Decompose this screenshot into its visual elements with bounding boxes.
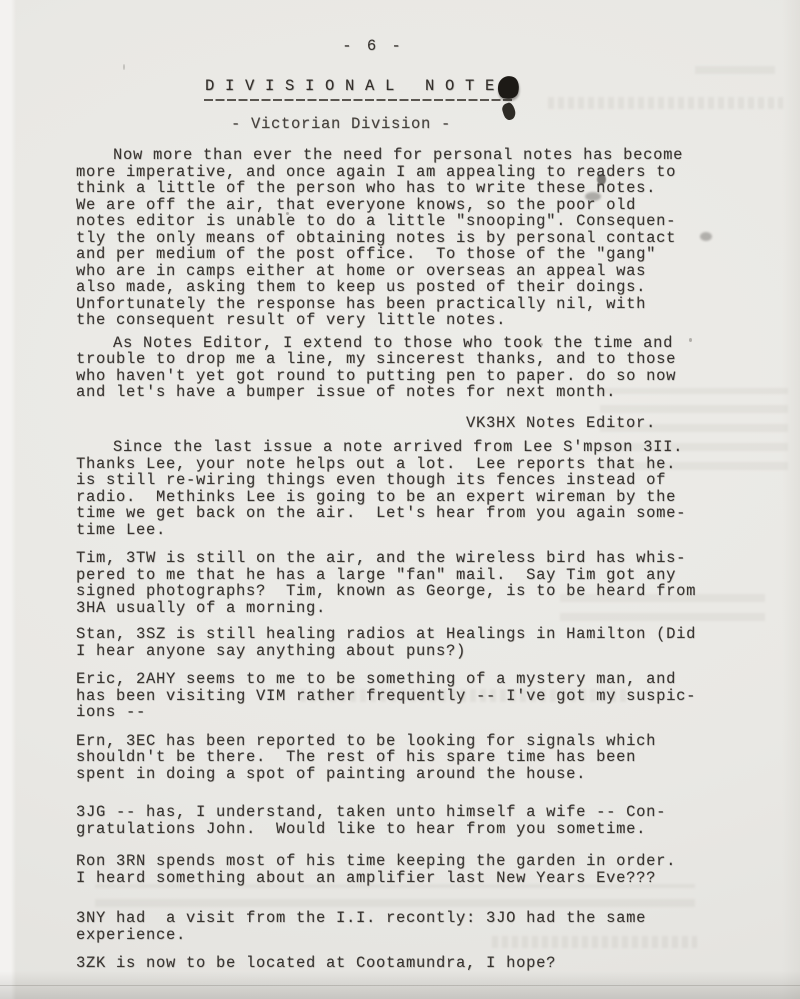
paragraph-3jg: 3JG -- has, I understand, taken unto him… xyxy=(76,804,732,837)
paragraph-stan: Stan, 3SZ is still healing radios at Hea… xyxy=(76,626,732,659)
paragraph-intro: Now more than ever the need for personal… xyxy=(76,147,732,329)
page-bottom-shadow xyxy=(0,971,800,999)
paragraph-eric: Eric, 2AHY seems to me to be something o… xyxy=(76,671,732,721)
body-text: Now more than ever the need for personal… xyxy=(76,147,732,972)
page-title: D I V I S I O N A L N O T E S xyxy=(205,78,515,95)
page-number: - 6 - xyxy=(318,38,428,55)
paragraph-3ny: 3NY had a visit from the I.I. recontly: … xyxy=(76,910,732,943)
page-subtitle: - Victorian Division - xyxy=(231,116,451,133)
paragraph-ron: Ron 3RN spends most of his time keeping … xyxy=(76,853,732,886)
paragraph-tim: Tim, 3TW is still on the air, and the wi… xyxy=(76,550,732,616)
byline-notes-editor: VK3HX Notes Editor. xyxy=(76,415,732,432)
paper-speck xyxy=(123,64,125,70)
bleed-through-ghost xyxy=(695,62,775,74)
bleed-through-ghost xyxy=(548,97,783,109)
ink-blot xyxy=(501,102,518,122)
document-page: - 6 - D I V I S I O N A L N O T E S - Vi… xyxy=(0,0,800,999)
paragraph-editor-thanks: As Notes Editor, I extend to those who t… xyxy=(76,335,732,401)
title-underline xyxy=(204,99,512,101)
paragraph-lee: Since the last issue a note arrived from… xyxy=(76,439,732,538)
paragraph-3zk: 3ZK is now to be located at Cootamundra,… xyxy=(76,955,732,972)
paragraph-ern: Ern, 3EC has been reported to be looking… xyxy=(76,733,732,783)
